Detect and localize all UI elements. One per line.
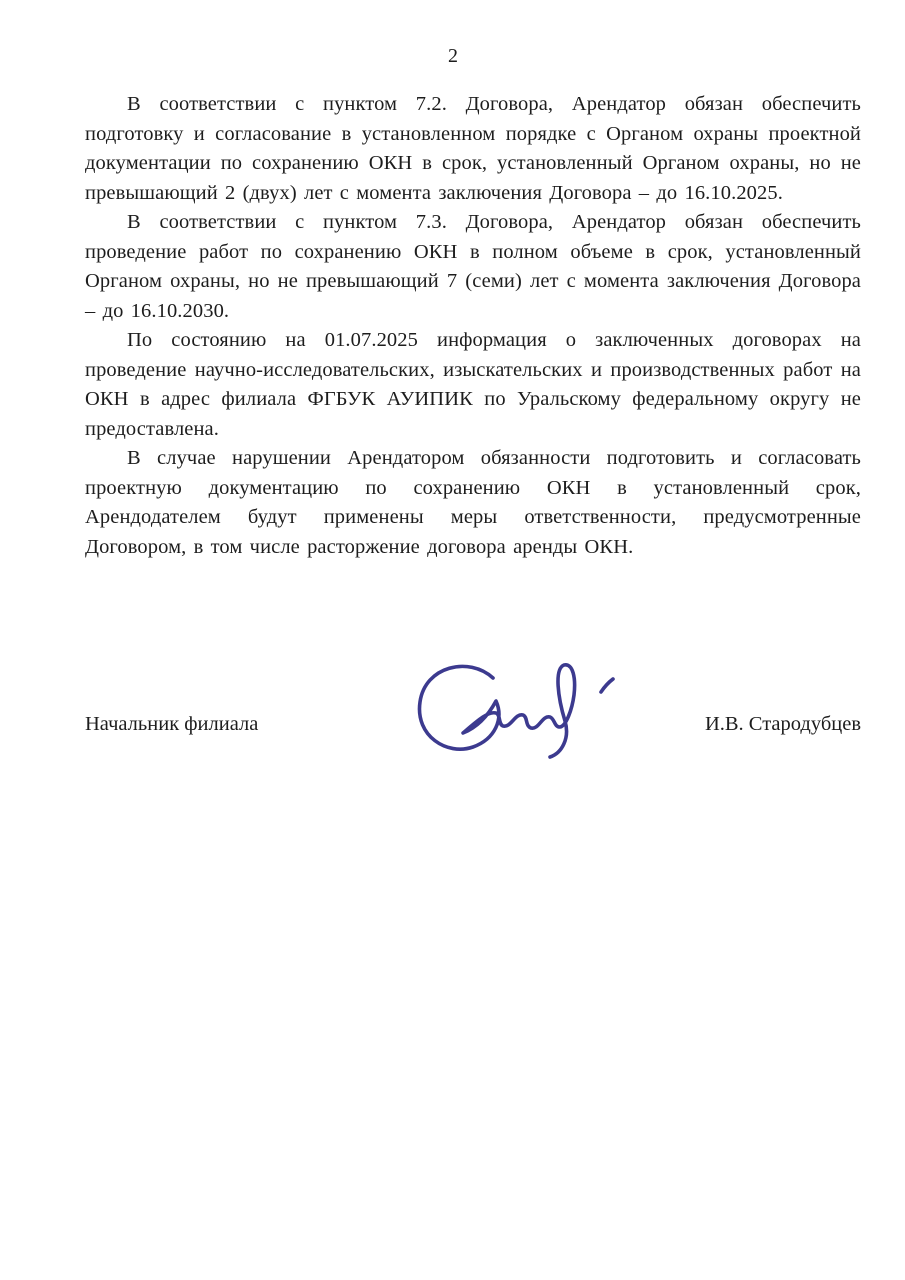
paragraph-liability: В случае нарушении Арендатором обязаннос…: [85, 444, 861, 562]
paragraph-clause-7-3: В соответствии с пунктом 7.3. Договора, …: [85, 208, 861, 326]
paragraph-status-info: По состоянию на 01.07.2025 информация о …: [85, 326, 861, 444]
signer-position-title: Начальник филиала: [85, 713, 258, 736]
signature-block: Начальник филиала И.В. Стародубцев: [85, 658, 861, 778]
handwritten-signature: [403, 646, 633, 766]
signature-ink-icon: [403, 646, 633, 766]
letter-body: В соответствии с пунктом 7.2. Договора, …: [85, 90, 861, 562]
paragraph-clause-7-2: В соответствии с пунктом 7.2. Договора, …: [85, 90, 861, 208]
signer-name: И.В. Стародубцев: [705, 713, 861, 736]
document-page: 2 В соответствии с пунктом 7.2. Договора…: [0, 0, 905, 1280]
page-number: 2: [85, 44, 861, 68]
